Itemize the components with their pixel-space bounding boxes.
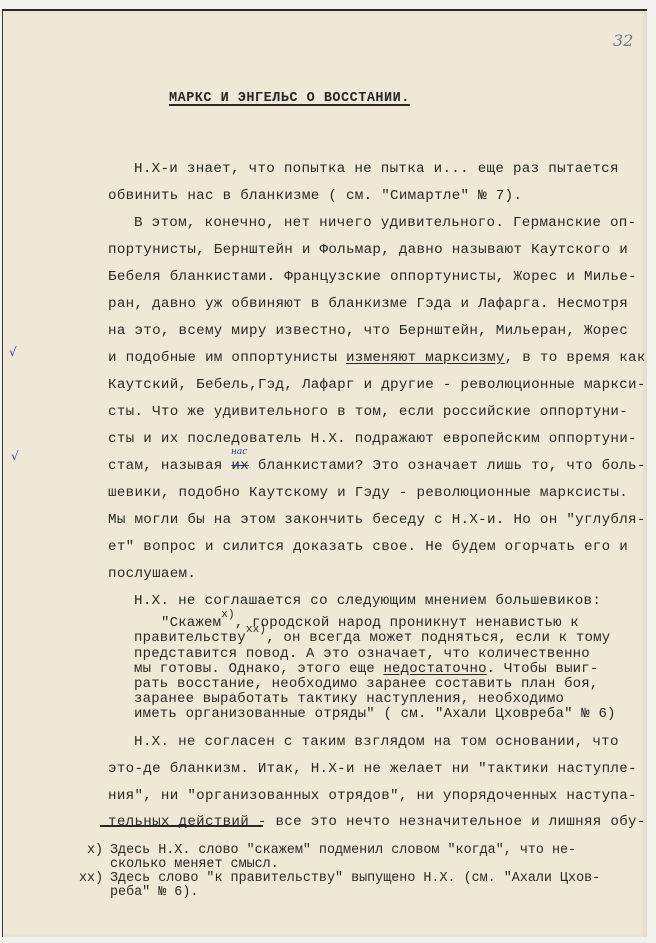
footnote-mark: x) [87, 844, 103, 858]
text-segment: , в то время как [505, 350, 646, 366]
text-line: обвинить нас в бланкизме ( см. "Симартле… [108, 188, 522, 204]
text-line: ния", ни "организованных отрядов", ни уп… [108, 788, 637, 804]
text-segment: , городской народ проникнут ненавистью к [235, 615, 579, 631]
text-line: шевики, подобно Каутскому и Гэду - револ… [108, 485, 628, 501]
text-line: Н.Х. не согласен с таким взглядом на том… [134, 734, 619, 750]
text-segment: . Чтобы выиг- [487, 661, 599, 677]
document-page: 32 МАРКС И ЭНГЕЛЬС О ВОССТАНИИ. √ √ Н.Х-… [2, 9, 647, 937]
folio-number: 32 [613, 31, 633, 50]
text-segment: стам, называя [108, 458, 231, 474]
underlined-phrase: недостаточно [383, 661, 486, 677]
text-line: это-де бланкизм. Итак, Н.Х-и не желает н… [108, 761, 637, 777]
footnote-text: Здесь Н.Х. слово "скажем" подменил слово… [110, 844, 576, 858]
text-line-corrected: стам, называя их бланкистами? Это означа… [108, 458, 646, 474]
quote-line: представится повод. А это означает, что … [134, 647, 590, 662]
text-segment: "Скажем [161, 615, 221, 631]
text-line: сты. Что же удивительного в том, если ро… [108, 404, 628, 420]
text-line: Мы могли бы на этом закончить беседу с Н… [108, 512, 646, 528]
text-line: на это, всему миру известно, что Бернште… [108, 323, 628, 339]
footnote-divider [100, 825, 263, 827]
footnote-ref: xx) [246, 624, 266, 636]
quote-line: мы готовы. Однако, этого еще недостаточн… [134, 662, 599, 677]
text-line: послушаем. [108, 566, 196, 582]
margin-checkmark: √ [11, 449, 19, 463]
footnote-text: Здесь слово "к правительству" выпущено Н… [110, 872, 600, 886]
text-line: Бебеля бланкистами. Французские оппортун… [108, 269, 637, 285]
quote-line: иметь организованные отряды" ( см. "Ахал… [134, 707, 616, 722]
margin-checkmark: √ [9, 345, 17, 359]
underlined-phrase: изменяют марксизму [346, 350, 505, 366]
text-line: тельных действий - все это нечто незначи… [108, 814, 646, 830]
quote-line: заранее выработать тактику наступления, … [134, 692, 564, 707]
footnote-ref: x) [221, 609, 235, 621]
footnote-text: реба" № 6). [110, 886, 198, 900]
quote-line: правительствуxx), он всегда может поднят… [134, 631, 610, 647]
text-line: Н.Х-и знает, что попытка не пытка и... е… [134, 161, 619, 177]
document-title: МАРКС И ЭНГЕЛЬС О ВОССТАНИИ. [169, 91, 410, 106]
struck-word: их [231, 458, 249, 474]
footnote-text: сколько меняет смысл. [110, 858, 279, 872]
text-line: Каутский, Бебель,Гэд, Лафарг и другие - … [108, 377, 646, 393]
text-segment: , он всегда может подняться, если к тому [266, 630, 610, 646]
text-line: ет" вопрос и силится доказать свое. Не б… [108, 539, 628, 555]
text-line: В этом, конечно, нет ничего удивительног… [134, 215, 636, 231]
text-line: Н.Х. не соглашается со следующим мнением… [134, 593, 601, 609]
text-segment: правительству [134, 630, 246, 646]
text-line-underlined: и подобные им оппортунисты изменяют марк… [108, 350, 646, 366]
text-line: ран, давно уж обвиняют в бланкизме Гэда … [108, 296, 628, 312]
text-segment: и подобные им оппортунисты [108, 350, 346, 366]
text-line: сты и их последователь Н.Х. подражают ев… [108, 431, 637, 447]
quote-line: рать восстание, необходимо заранее соста… [134, 677, 598, 692]
footnote-mark: xx) [79, 872, 103, 886]
text-segment: мы готовы. Однако, этого еще [134, 661, 383, 677]
handwritten-insertion: нас [231, 447, 247, 457]
text-segment: бланкистами? Это означает лишь то, что б… [249, 458, 646, 474]
text-line: портунисты, Бернштейн и Фольмар, давно н… [108, 242, 628, 258]
